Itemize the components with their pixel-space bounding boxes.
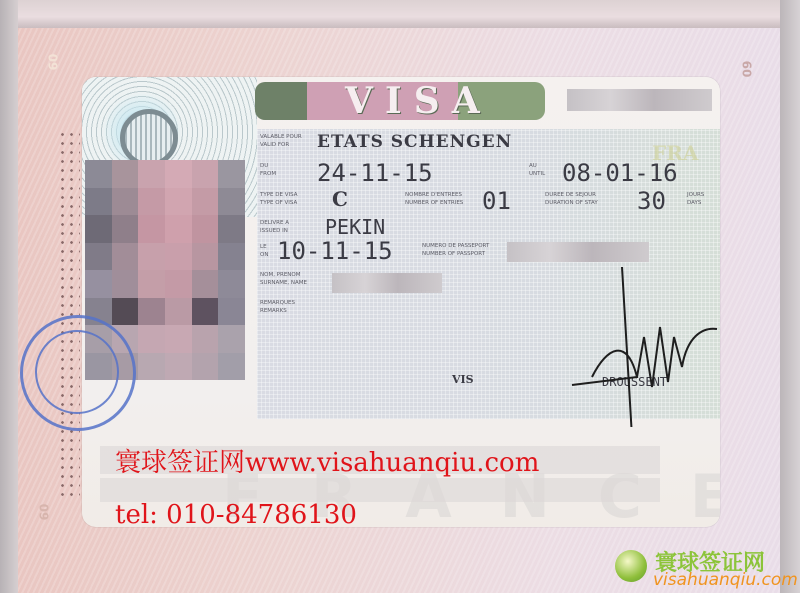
issued-on-label: LEON <box>260 243 268 259</box>
type-label: TYPE DE VISATYPE OF VISA <box>260 191 297 207</box>
brand-logo: 寰球签证网 visahuanqiu.com <box>615 548 795 590</box>
from-label: DUFROM <box>260 162 276 178</box>
from-value: 24-11-15 <box>317 159 433 187</box>
page-number-right: 60 <box>739 61 753 78</box>
duration-label: DUREE DE SEJOURDURATION OF STAY <box>545 191 598 207</box>
visa-header: VISA <box>345 80 492 122</box>
redacted-name <box>332 273 442 293</box>
remarks-value: VIS <box>452 373 474 386</box>
redacted-passport-number <box>507 242 649 262</box>
globe-icon <box>120 109 178 167</box>
valid-for-value: ETATS SCHENGEN <box>317 132 512 152</box>
issued-in-value: PEKIN <box>325 215 385 239</box>
issued-in-label: DELIVRE AISSUED IN <box>260 219 289 235</box>
signature <box>562 267 720 427</box>
visa-header-band: VISA <box>255 82 545 120</box>
embassy-stamp <box>20 315 136 431</box>
logo-globe-icon <box>615 550 647 582</box>
type-value: C <box>332 187 348 211</box>
page-fold <box>18 0 780 28</box>
watermark-phone-line: tel: 010-84786130 <box>115 500 357 530</box>
watermark-website-line: 寰球签证网www.visahuanqiu.com <box>115 442 539 479</box>
valid-for-label: VALABLE POURVALID FOR <box>260 133 302 149</box>
page-edge-right <box>778 0 800 593</box>
page-number-left: 60 <box>46 54 60 71</box>
logo-url: visahuanqiu.com <box>653 570 798 590</box>
page-number-bottom: 60 <box>37 504 51 521</box>
redacted-address <box>100 478 660 502</box>
entries-value: 01 <box>482 187 511 215</box>
remarks-label: REMARQUESREMARKS <box>260 299 295 315</box>
passport-label: NUMERO DE PASSEPORTNUMBER OF PASSPORT <box>422 242 489 258</box>
issued-on-value: 10-11-15 <box>277 237 393 265</box>
duration-unit: JOURSDAYS <box>687 191 704 207</box>
page-edge-left <box>0 0 18 593</box>
until-label: AUUNTIL <box>529 162 545 178</box>
redacted-visa-number <box>567 89 712 111</box>
until-value: 08-01-16 <box>562 159 678 187</box>
duration-value: 30 <box>637 187 666 215</box>
entries-label: NOMBRE D'ENTREESNUMBER OF ENTRIES <box>405 191 463 207</box>
name-label: NOM, PRENOMSURNAME, NAME <box>260 271 307 287</box>
